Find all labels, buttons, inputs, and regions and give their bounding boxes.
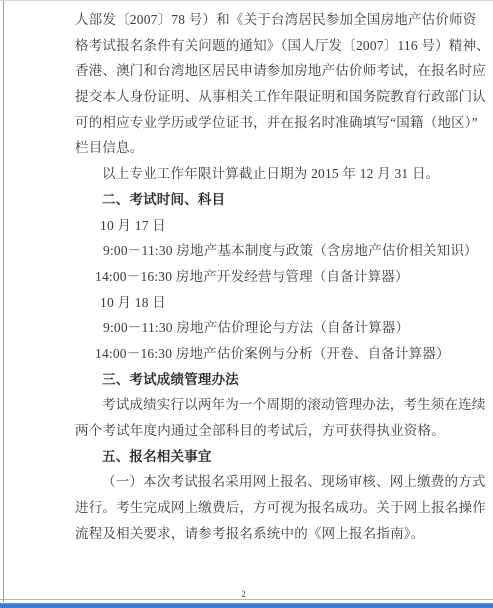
exam-date: 10 月 17 日 [75,213,473,239]
doc-line: 栏目信息。 [75,135,473,161]
exam-date: 10 月 18 日 [75,290,473,316]
footer-rule [0,599,493,600]
doc-line: 人部发〔2007〕78 号）和《关于台湾居民参加全国房地产估价师资 [75,7,473,33]
doc-line: 流程及相关要求，请参考报名系统中的《网上报名指南》。 [75,521,473,547]
exam-session: 14:00－16:30 房地产估价案例与分析（开卷、自备计算器） [75,341,473,367]
section-heading-exam-time: 二、考试时间、科目 [75,187,473,213]
doc-line: 可的相应专业学历或学位证书，并在报名时准确填写“国籍（地区）” [75,110,473,136]
exam-session: 9:00－11:30 房地产估价理论与方法（自备计算器） [75,315,473,341]
doc-line: 香港、澳门和台湾地区居民申请参加房地产估价师考试，在报名时应 [75,58,473,84]
section-heading-score-management: 三、考试成绩管理办法 [75,367,473,393]
exam-session: 14:00－16:30 房地产开发经营与管理（自备计算器） [75,264,473,290]
doc-line: 两个考试年度内通过全部科目的考试后，方可获得执业资格。 [75,418,473,444]
bottom-accent-bar [0,603,493,608]
doc-line: 考试成绩实行以两年为一个周期的滚动管理办法，考生须在连续 [75,392,473,418]
page-number: 2 [0,589,487,599]
doc-line: 以上专业工作年限计算截止日期为 2015 年 12 月 31 日。 [75,161,473,187]
doc-line: （一）本次考试报名采用网上报名、现场审核、网上缴费的方式 [75,469,473,495]
document-text-block: 人部发〔2007〕78 号）和《关于台湾居民参加全国房地产估价师资 格考试报名条… [75,7,473,546]
doc-line: 进行。考生完成网上缴费后，方可视为报名成功。关于网上报名操作 [75,495,473,521]
section-heading-registration: 五、报名相关事宜 [75,444,473,470]
doc-line: 提交本人身份证明、从事相关工作年限证明和国务院教育行政部门认 [75,84,473,110]
page-left-edge-line [3,1,4,602]
document-page: 人部发〔2007〕78 号）和《关于台湾居民参加全国房地产估价师资 格考试报名条… [0,0,493,608]
exam-session: 9:00－11:30 房地产基本制度与政策（含房地产估价相关知识） [75,238,473,264]
doc-line: 格考试报名条件有关问题的通知》（国人厅发〔2007〕116 号）精神、 [75,33,473,59]
